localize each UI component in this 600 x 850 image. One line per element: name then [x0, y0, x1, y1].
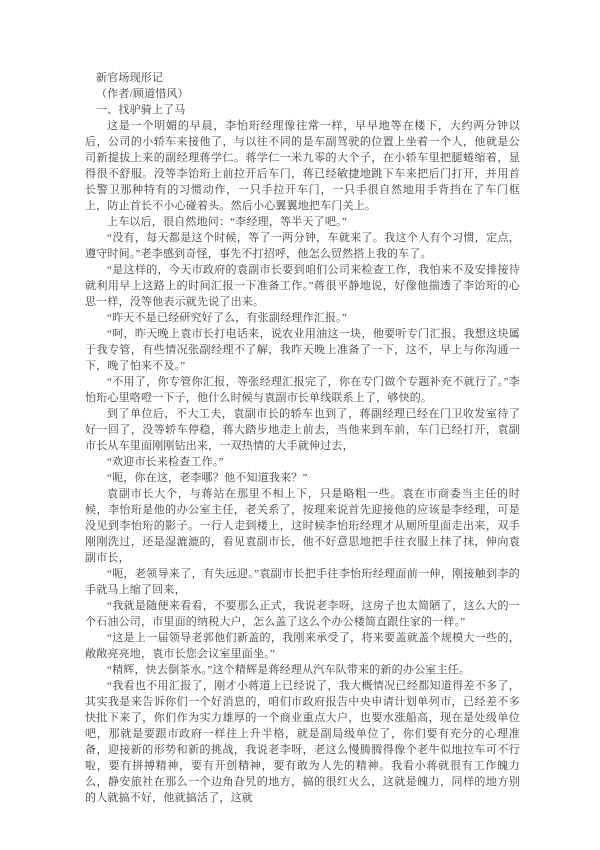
paragraph: 到了单位后，不大工夫，袁副市长的轿车也到了，蒋副经理已经在门卫收发室待了好一回了… [85, 406, 520, 454]
document-page: 新官场现形记 （作者/顾道惜风） 一、找驴骑上了马 这是一个明媚的早晨，李怡珩经… [0, 0, 600, 850]
paragraph: “这是上一届领导老郭他们新盖的，我刚来承受了，将来要盖就盖个规模大一些的，敞敞亮… [85, 630, 520, 662]
paragraph: “没有，每天都是这个时候，等了一两分钟，车就来了。我这个人有个习惯，定点，遵守时… [85, 230, 520, 262]
paragraph: 袁副市长大个，与蒋站在那里不相上下，只是略粗一些。袁在市商委当主任的时候，李怡珩… [85, 486, 520, 566]
paragraph: “我就是随便来看看，不要那么正式，我说老李呀，这房子也太简陋了，这么大的一个石油… [85, 598, 520, 630]
author-line: （作者/顾道惜风） [85, 86, 520, 102]
paragraph: “是这样的，今天市政府的袁副市长要到咱们公司来检查工作，我怕来不及安排接待就利用… [85, 262, 520, 310]
paragraph-list: 这是一个明媚的早晨，李怡珩经理像往常一样，早早地等在楼下，大约两分钟以后，公司的… [85, 118, 520, 806]
document-title: 新官场现形记 [85, 70, 520, 86]
chapter-heading: 一、找驴骑上了马 [85, 102, 520, 118]
paragraph: 上车以后，很自然地问：“李经理，等半天了吧。” [85, 214, 520, 230]
paragraph: “不用了，你专管你汇报，等张经理汇报完了，你在专门做个专题补充不就行了。”李怡珩… [85, 374, 520, 406]
paragraph: “精辉，快去倒茶水。”这个精辉是蒋经理从汽车队带来的新的办公室主任。 [85, 662, 520, 678]
paragraph: “呃，你在这，老李哪？他不知道我来？” [85, 470, 520, 486]
paragraph: 这是一个明媚的早晨，李怡珩经理像往常一样，早早地等在楼下，大约两分钟以后，公司的… [85, 118, 520, 214]
paragraph: “呃，老领导来了，有失远迎。”袁副市长把手往李怡珩经理面前一伸，刚接触到李的手就… [85, 566, 520, 598]
paragraph: “呵，昨天晚上袁市长打电话来，说农业用油这一块，他要听专门汇报，我想这块属于我专… [85, 326, 520, 374]
paragraph: “昨天不是已经研究好了么，有张副经理作汇报。” [85, 310, 520, 326]
paragraph: “我看也不用汇报了，刚才小蒋道上已经说了，我大概情况已经都知道得差不多了，其实我… [85, 678, 520, 806]
paragraph: “欢迎市长来检查工作。” [85, 454, 520, 470]
